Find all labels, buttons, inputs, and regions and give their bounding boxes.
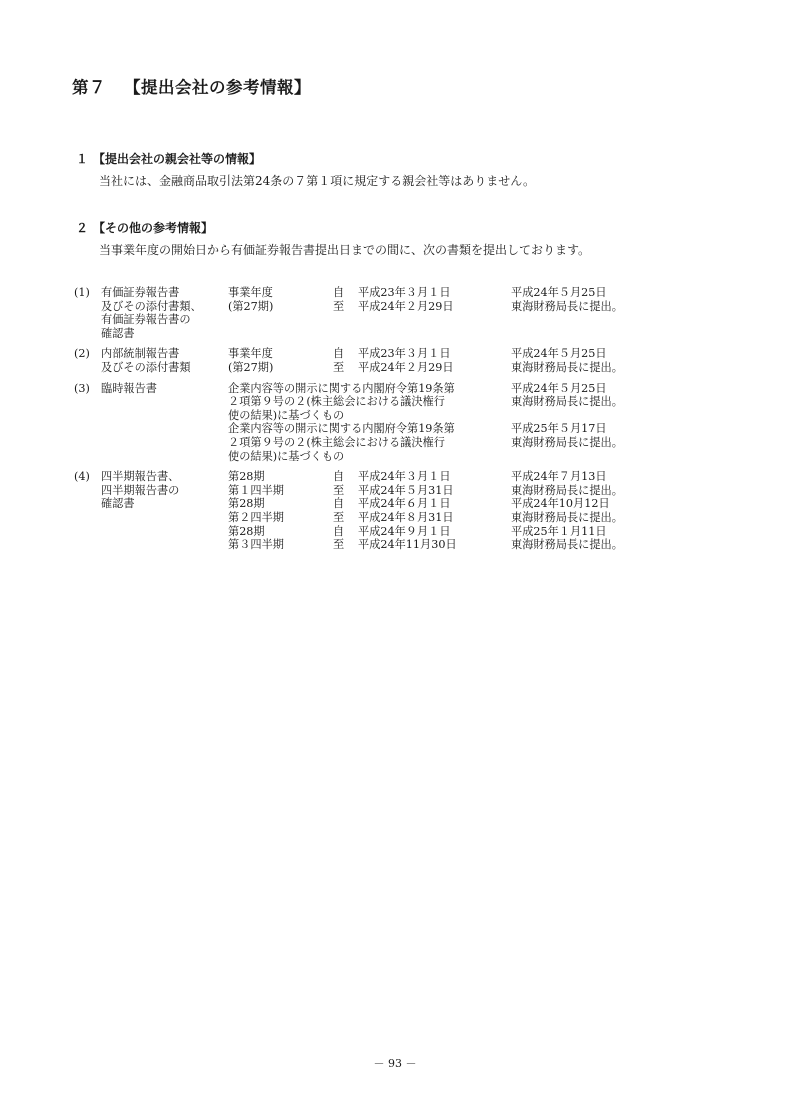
row-date: 平成23年３月１日 [358, 286, 451, 300]
page-number: － 93 － [0, 1055, 790, 1071]
document-item: (1)有価証券報告書及びその添付書類、有価証券報告書の確認書事業年度自平成23年… [74, 286, 228, 340]
row-period: 第28期 [228, 497, 328, 511]
row-desc: 企業内容等の開示に関する内閣府令第19条第 [228, 382, 455, 396]
section-body-parent-company: 当社には、金融商品取引法第24条の７第１項に規定する親会社等はありません。 [99, 172, 535, 189]
document-name-line: 確認書 [101, 497, 231, 511]
document-name-line: 及びその添付書類 [101, 361, 231, 375]
document-name-line: 有価証券報告書 [101, 286, 231, 300]
page-title-text: 【提出会社の参考情報】 [124, 78, 311, 97]
page-title-number: 第７ [72, 74, 124, 98]
document-index: (2) [74, 347, 100, 361]
row-filed: 東海財務局長に提出。 [511, 436, 623, 450]
row-period: 事業年度 [228, 286, 328, 300]
document-name-line: 四半期報告書、 [101, 470, 231, 484]
row-period: 第28期 [228, 470, 328, 484]
row-desc: 使の結果)に基づくもの [228, 450, 344, 464]
section-heading-other-info: ２【その他の参考情報】 [76, 219, 213, 236]
document-name-line: 有価証券報告書の [101, 313, 231, 327]
document-item: (3)臨時報告書企業内容等の開示に関する内閣府令第19条第平成24年５月25日２… [74, 382, 228, 464]
row-period: 第28期 [228, 525, 328, 539]
row-date: 平成24年２月29日 [358, 300, 454, 314]
row-date: 平成24年８月31日 [358, 511, 454, 525]
row-filed: 平成24年７月13日 [511, 470, 607, 484]
row-fromto: 自 [333, 286, 349, 300]
row-date: 平成23年３月１日 [358, 347, 451, 361]
row-date: 平成24年２月29日 [358, 361, 454, 375]
section-heading-parent-company: １【提出会社の親会社等の情報】 [76, 150, 261, 167]
row-date: 平成24年11月30日 [358, 538, 457, 552]
row-filed: 平成24年10月12日 [511, 497, 610, 511]
document-name: 四半期報告書、四半期報告書の確認書 [101, 470, 231, 511]
section-number: ２ [76, 219, 93, 236]
document-name: 臨時報告書 [101, 382, 231, 396]
row-filed: 平成25年５月17日 [511, 422, 607, 436]
row-filed: 平成24年５月25日 [511, 382, 607, 396]
row-date: 平成24年９月１日 [358, 525, 451, 539]
section-body-other-info: 当事業年度の開始日から有価証券報告書提出日までの間に、次の書類を提出しております… [99, 241, 590, 258]
document-name: 有価証券報告書及びその添付書類、有価証券報告書の確認書 [101, 286, 231, 340]
document-index: (3) [74, 382, 100, 396]
document-name-line: 確認書 [101, 327, 231, 341]
row-fromto: 至 [333, 300, 349, 314]
row-period: 第１四半期 [228, 484, 328, 498]
document-name: 内部統制報告書及びその添付書類 [101, 347, 231, 374]
document-index: (4) [74, 470, 100, 484]
document-name-line: 臨時報告書 [101, 382, 231, 396]
section-title: 【提出会社の親会社等の情報】 [93, 152, 261, 166]
row-filed: 平成24年５月25日 [511, 286, 607, 300]
row-fromto: 至 [333, 538, 349, 552]
row-fromto: 至 [333, 361, 349, 375]
row-filed: 平成25年１月11日 [511, 525, 607, 539]
document-name-line: 内部統制報告書 [101, 347, 231, 361]
document-item: (4)四半期報告書、四半期報告書の確認書第28期自平成24年３月１日平成24年７… [74, 470, 228, 552]
row-fromto: 自 [333, 470, 349, 484]
document-name-line: 四半期報告書の [101, 484, 231, 498]
row-filed: 東海財務局長に提出。 [511, 300, 623, 314]
row-filed: 東海財務局長に提出。 [511, 361, 623, 375]
row-period: (第27期) [228, 300, 328, 314]
row-filed: 東海財務局長に提出。 [511, 538, 623, 552]
row-fromto: 至 [333, 484, 349, 498]
row-desc: 企業内容等の開示に関する内閣府令第19条第 [228, 422, 455, 436]
row-desc: 使の結果)に基づくもの [228, 409, 344, 423]
row-desc: ２項第９号の２(株主総会における議決権行 [228, 395, 445, 409]
section-number: １ [76, 150, 93, 167]
row-period: (第27期) [228, 361, 328, 375]
row-filed: 東海財務局長に提出。 [511, 511, 623, 525]
filed-documents-list: (1)有価証券報告書及びその添付書類、有価証券報告書の確認書事業年度自平成23年… [74, 286, 228, 559]
row-filed: 東海財務局長に提出。 [511, 484, 623, 498]
row-period: 第３四半期 [228, 538, 328, 552]
row-date: 平成24年６月１日 [358, 497, 451, 511]
row-fromto: 自 [333, 525, 349, 539]
row-desc: ２項第９号の２(株主総会における議決権行 [228, 436, 445, 450]
row-date: 平成24年５月31日 [358, 484, 454, 498]
row-filed: 平成24年５月25日 [511, 347, 607, 361]
row-period: 事業年度 [228, 347, 328, 361]
row-period: 第２四半期 [228, 511, 328, 525]
row-fromto: 自 [333, 347, 349, 361]
row-filed: 東海財務局長に提出。 [511, 395, 623, 409]
row-fromto: 至 [333, 511, 349, 525]
document-name-line: 及びその添付書類、 [101, 300, 231, 314]
section-title: 【その他の参考情報】 [93, 221, 213, 235]
document-item: (2)内部統制報告書及びその添付書類事業年度自平成23年３月１日平成24年５月2… [74, 347, 228, 374]
row-fromto: 自 [333, 497, 349, 511]
document-index: (1) [74, 286, 100, 300]
page-title: 第７【提出会社の参考情報】 [72, 74, 311, 98]
row-date: 平成24年３月１日 [358, 470, 451, 484]
